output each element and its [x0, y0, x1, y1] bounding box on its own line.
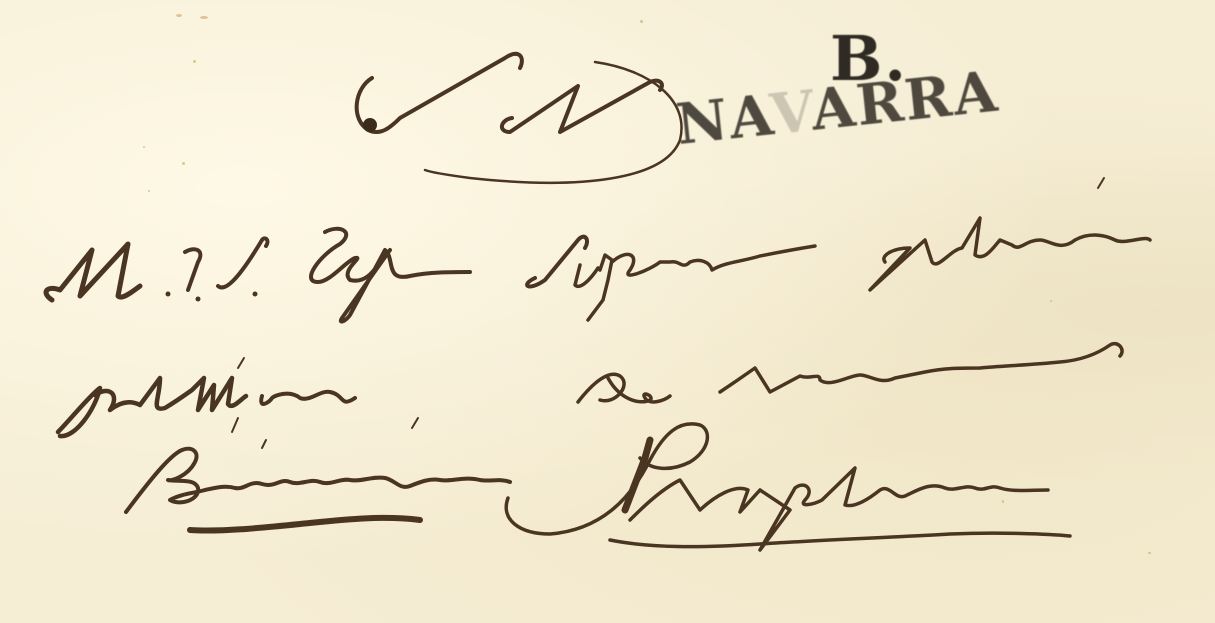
letter-cover: B. NAVARRA — [0, 0, 1215, 623]
handwriting-strokes — [0, 0, 1215, 623]
